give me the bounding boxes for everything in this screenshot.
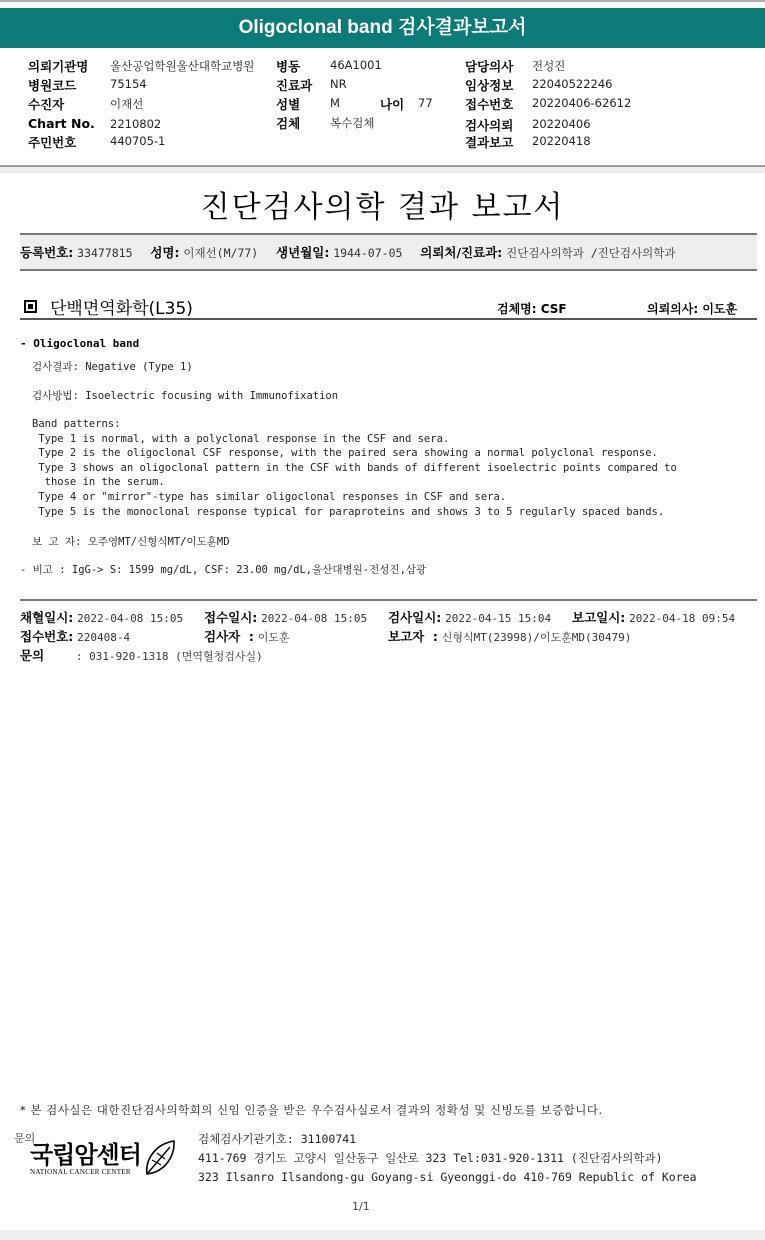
page-number: 1/1: [352, 1200, 370, 1213]
info-label: 검사의뢰: [465, 116, 513, 134]
certification-note: * 본 검사실은 대한진단검사의학회의 신임 인증을 받은 우수검사실로서 결과…: [20, 1102, 603, 1118]
receive-datetime: 접수일시: 2022-04-08 15:05: [204, 608, 367, 626]
reporter-label: 보고자 :: [388, 629, 438, 644]
collect-value: 2022-04-08 15:05: [77, 612, 183, 625]
bottom-bar: [0, 1230, 765, 1240]
dob-label: 생년월일:: [276, 245, 329, 260]
reg-no-value: 33477815: [77, 246, 132, 260]
info-value: 전성진: [532, 58, 565, 74]
reg-no-label: 등록번호:: [20, 245, 73, 260]
info-value: M: [330, 96, 340, 110]
collect-datetime: 채혈일시: 2022-04-08 15:05: [20, 608, 183, 626]
dob-value: 1944-07-05: [333, 246, 402, 260]
info-label: 접수번호: [465, 95, 513, 113]
info-label: 검체: [276, 114, 300, 132]
reporter: 보고자 : 신형식MT(23998)/이도훈MD(30479): [388, 627, 631, 645]
inquiry-label: 문의: [20, 646, 72, 664]
receive-value: 2022-04-08 15:05: [261, 612, 367, 625]
top-border: [0, 0, 765, 2]
report-value: 2022-04-18 09:54: [629, 612, 735, 625]
band-patterns-header: Band patterns:: [32, 418, 121, 430]
test-result: 검사결과: Negative (Type 1): [32, 359, 193, 374]
info-label: 병원코드: [28, 76, 76, 94]
band-pattern-line: Type 4 or "mirror"-type has similar olig…: [32, 491, 506, 503]
band-pattern-line: Type 2 is the oligoclonal CSF response, …: [32, 447, 658, 459]
dept-label: 의뢰처/진료과:: [420, 245, 502, 260]
info-label: 임상정보: [465, 76, 513, 94]
receive-label: 접수일시:: [204, 610, 257, 625]
remark: - 비고 : IgG-> S: 1599 mg/dL, CSF: 23.00 m…: [20, 562, 426, 577]
address-korean: 411-769 경기도 고양시 일산동구 일산로 323 Tel:031-920…: [198, 1150, 663, 1166]
test-datetime: 검사일시: 2022-04-15 15:04: [388, 608, 551, 626]
test-value: 2022-04-15 15:04: [445, 612, 551, 625]
collect-label: 채혈일시:: [20, 610, 73, 625]
band-pattern-line: those in the serum.: [32, 476, 165, 488]
receipt-number: 접수번호: 220408-4: [20, 627, 130, 645]
name-label: 성명:: [150, 245, 179, 260]
info-value: 20220406: [532, 117, 591, 131]
address-english: 323 Ilsanro Ilsandong-gu Goyang-si Gyeon…: [198, 1170, 697, 1184]
report-banner: Oligoclonal band 검사결과보고서: [0, 8, 765, 48]
info-label: 진료과: [276, 76, 312, 94]
receipt-value: 220408-4: [77, 631, 130, 644]
info-value: 2210802: [110, 117, 161, 131]
band-pattern-line: Type 5 is the monoclonal response typica…: [32, 506, 664, 518]
info-value: 20220406-62612: [532, 96, 631, 110]
info-value: 46A1001: [330, 58, 382, 72]
dept-value: 진단검사의학과 /진단검사의학과: [506, 246, 675, 260]
tester: 검사자 : 이도훈: [204, 627, 290, 645]
reporters: 보 고 자: 오주영MT/신형식MT/이도훈MD: [32, 534, 230, 549]
info-label: 수진자: [28, 95, 64, 113]
info-label: 결과보고: [465, 133, 513, 151]
square-bullet-icon: [24, 300, 37, 313]
info-label: Chart No.: [28, 116, 95, 131]
info-value: 울산공업학원울산대학교병원: [110, 58, 254, 74]
section-header: 단백면역화학(L35) 검체명: CSF 의뢰의사: 이도훈: [20, 294, 757, 320]
test-name: - Oligoclonal band: [20, 337, 139, 350]
referring-doctor: 의뢰의사: 이도훈: [647, 300, 737, 317]
reporter-value: 신형식MT(23998)/이도훈MD(30479): [442, 631, 632, 644]
test-method: 검사방법: Isoelectric focusing with Immunofi…: [32, 388, 338, 403]
info-label: 주민번호: [28, 133, 76, 151]
age-value: 77: [418, 96, 433, 110]
institution-code: 검체검사기관기호: 31100741: [198, 1131, 356, 1147]
info-value: 20220418: [532, 134, 591, 148]
info-label: 성별: [276, 95, 300, 113]
receipt-label: 접수번호:: [20, 629, 73, 644]
info-value: 이재선: [110, 96, 143, 112]
divider-shade: [0, 167, 765, 173]
leaf-logo-icon: [143, 1138, 177, 1178]
info-value: NR: [330, 77, 347, 91]
info-label: 의뢰기관명: [28, 57, 88, 75]
report-datetime: 보고일시: 2022-04-18 09:54: [572, 608, 735, 626]
specimen-name: 검체명: CSF: [497, 300, 567, 317]
age-label: 나이: [380, 95, 404, 113]
info-value: 복수검체: [330, 115, 374, 131]
info-label: 병동: [276, 57, 300, 75]
name-value: 이재선(M/77): [183, 246, 258, 260]
patient-bar: 등록번호: 33477815 성명: 이재선(M/77) 생년월일: 1944-…: [20, 233, 757, 271]
inquiry-value: : 031-920-1318 (면역혈청검사실): [76, 650, 263, 663]
band-pattern-line: Type 1 is normal, with a polyclonal resp…: [32, 433, 449, 445]
info-value: 22040522246: [532, 77, 612, 91]
info-label: 담당의사: [465, 57, 513, 75]
tester-value: 이도훈: [258, 631, 290, 644]
report-label: 보고일시:: [572, 610, 625, 625]
test-label: 검사일시:: [388, 610, 441, 625]
section-title: 단백면역화학(L35): [50, 294, 193, 319]
tester-label: 검사자 :: [204, 629, 254, 644]
inquiry: 문의 : 031-920-1318 (면역혈청검사실): [20, 646, 263, 664]
info-value: 440705-1: [110, 134, 165, 148]
document-title: 진단검사의학 결과 보고서: [0, 182, 765, 226]
band-pattern-line: Type 3 shows an oligoclonal pattern in t…: [32, 462, 677, 474]
divider: [20, 599, 757, 601]
info-value: 75154: [110, 77, 147, 91]
